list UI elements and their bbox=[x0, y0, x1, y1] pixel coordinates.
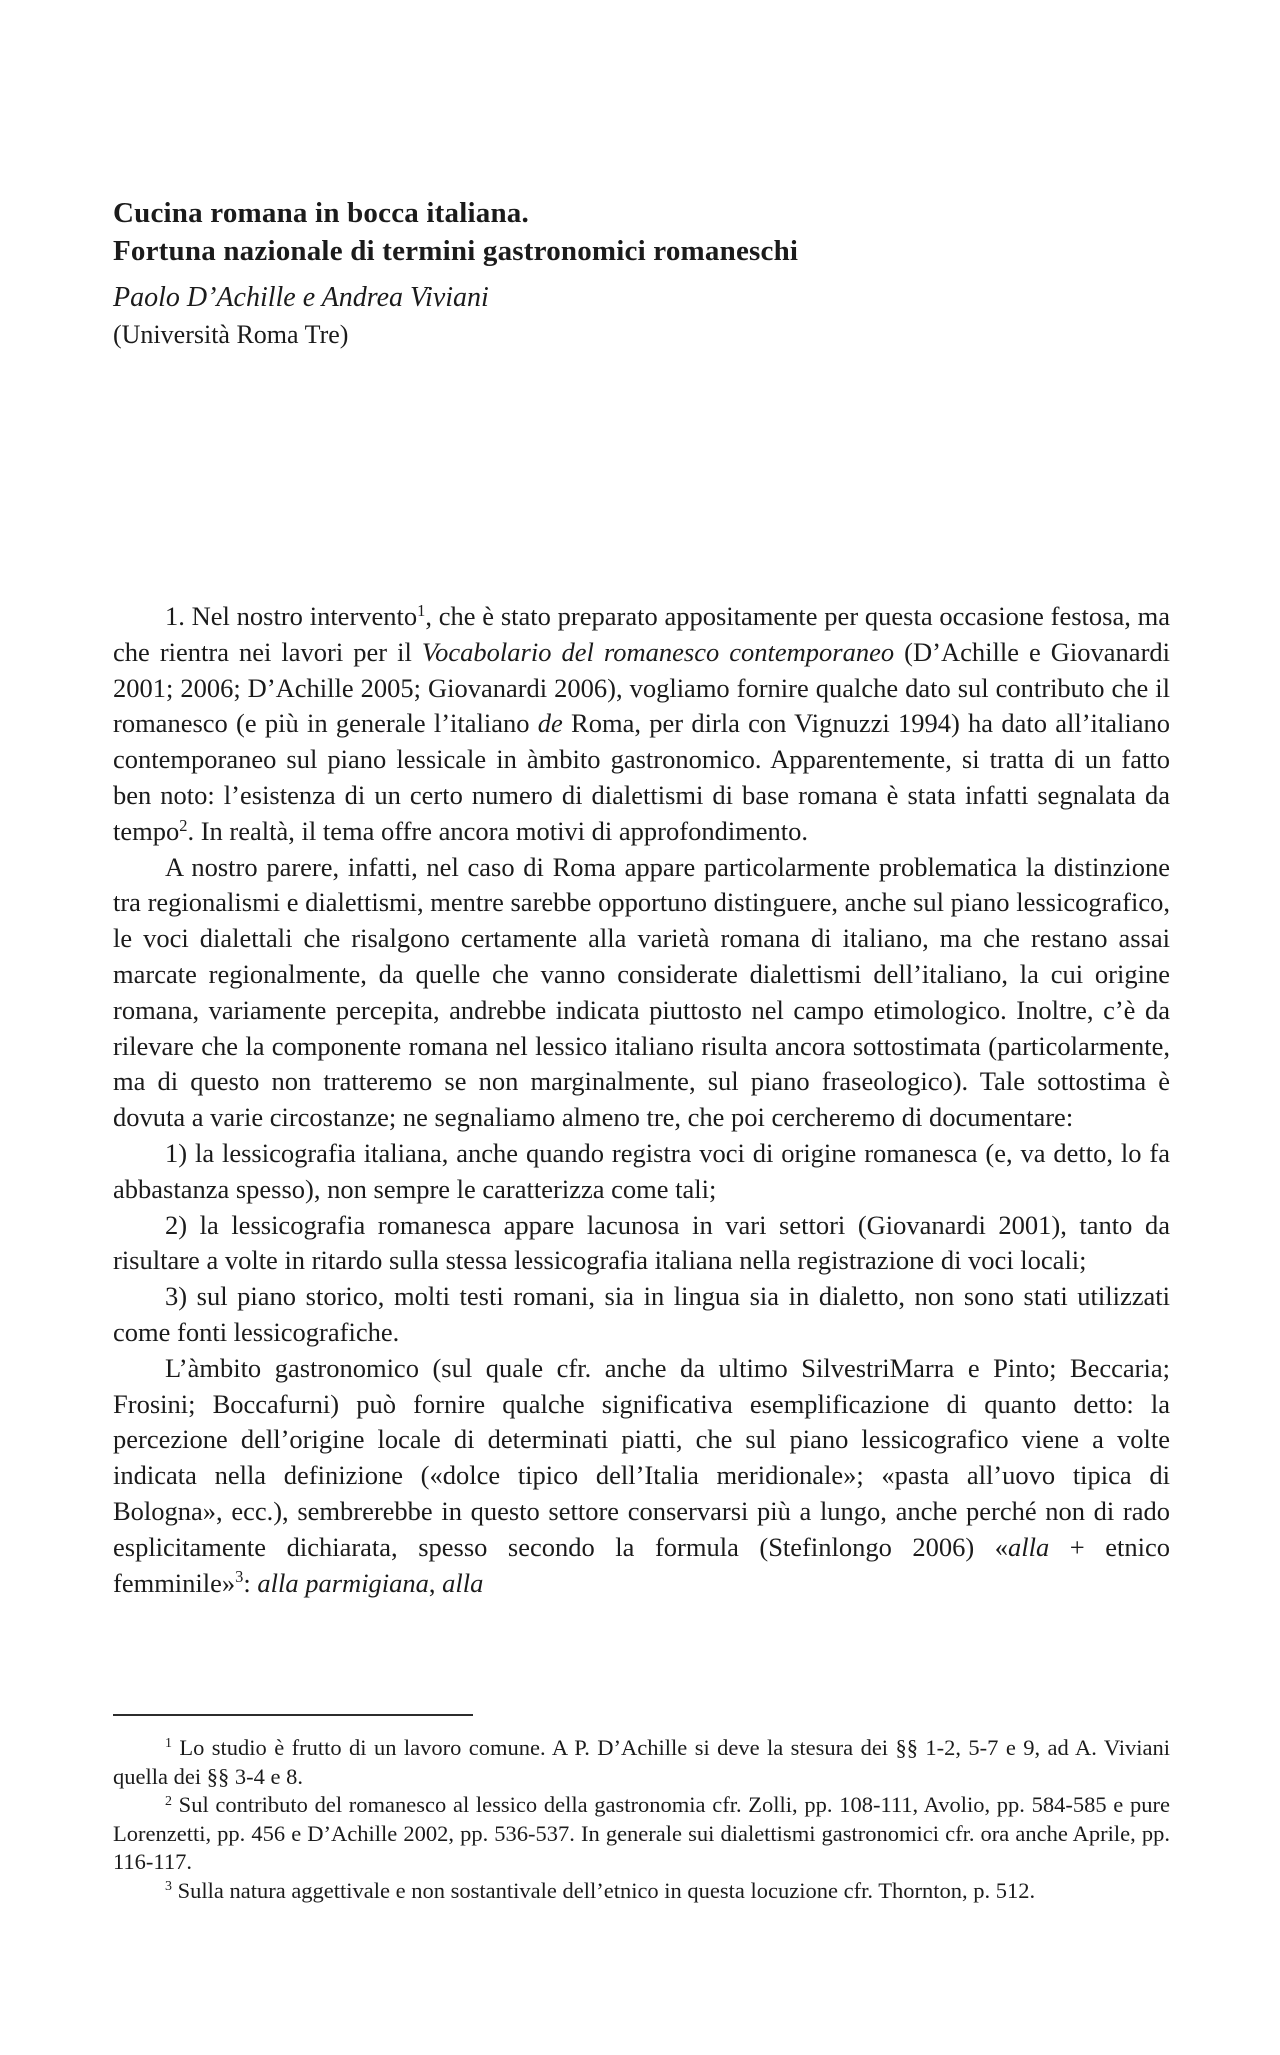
footnote-separator-rule bbox=[113, 1714, 473, 1716]
paragraph-5-list-item-3: 3) sul piano storico, molti testi romani… bbox=[113, 1279, 1170, 1351]
footnotes-block: 1 Lo studio è frutto di un lavoro comune… bbox=[113, 1734, 1170, 1906]
text-run: A nostro parere, infatti, nel caso di Ro… bbox=[113, 852, 1170, 1133]
dialect-word-italic: de bbox=[538, 708, 563, 738]
footnote-number-1: 1 bbox=[165, 1736, 172, 1751]
footnote-number-2: 2 bbox=[165, 1794, 172, 1809]
footnote-text: Lo studio è frutto di un lavoro comune. … bbox=[113, 1735, 1170, 1789]
document-page: Cucina romana in bocca italiana. Fortuna… bbox=[0, 0, 1280, 2055]
text-run: , bbox=[429, 1568, 442, 1598]
work-title-italic: Vocabolario del romanesco contemporaneo bbox=[422, 637, 894, 667]
article-title-line-1: Cucina romana in bocca italiana. bbox=[113, 194, 1173, 232]
text-run: : bbox=[243, 1568, 257, 1598]
paragraph-1: 1. Nel nostro intervento1, che è stato p… bbox=[113, 599, 1170, 850]
article-body: 1. Nel nostro intervento1, che è stato p… bbox=[113, 599, 1170, 1601]
text-run: 1) la lessicografia italiana, anche quan… bbox=[113, 1138, 1170, 1204]
example-italic: alla bbox=[442, 1568, 483, 1598]
affiliation: (Università Roma Tre) bbox=[113, 317, 1173, 353]
footnote-1: 1 Lo studio è frutto di un lavoro comune… bbox=[113, 1734, 1170, 1791]
paragraph-3-list-item-1: 1) la lessicografia italiana, anche quan… bbox=[113, 1136, 1170, 1208]
footnote-text: Sulla natura aggettivale e non sostantiv… bbox=[172, 1878, 1035, 1903]
text-run: L’àmbito gastronomico (sul quale cfr. an… bbox=[113, 1353, 1170, 1562]
paragraph-4-list-item-2: 2) la lessicografia romanesca appare lac… bbox=[113, 1208, 1170, 1280]
title-block: Cucina romana in bocca italiana. Fortuna… bbox=[113, 194, 1173, 353]
footnote-number-3: 3 bbox=[165, 1879, 172, 1894]
text-run: 3) sul piano storico, molti testi romani… bbox=[113, 1281, 1170, 1347]
footnote-text: Sul contributo del romanesco al lessico … bbox=[113, 1792, 1170, 1874]
article-title-line-2: Fortuna nazionale di termini gastronomic… bbox=[113, 232, 1173, 270]
footnote-ref-2: 2 bbox=[179, 816, 187, 835]
footnote-3: 3 Sulla natura aggettivale e non sostant… bbox=[113, 1877, 1170, 1906]
text-run: . In realtà, il tema offre ancora motivi… bbox=[187, 816, 808, 846]
paragraph-6: L’àmbito gastronomico (sul quale cfr. an… bbox=[113, 1351, 1170, 1602]
text-run: 1. Nel nostro intervento bbox=[165, 601, 417, 631]
authors: Paolo D’Achille e Andrea Viviani bbox=[113, 279, 1173, 317]
footnote-ref-3: 3 bbox=[235, 1567, 243, 1586]
formula-word-italic: alla bbox=[1008, 1532, 1049, 1562]
footnote-2: 2 Sul contributo del romanesco al lessic… bbox=[113, 1791, 1170, 1877]
example-italic: alla parmigiana bbox=[257, 1568, 429, 1598]
text-run: 2) la lessicografia romanesca appare lac… bbox=[113, 1210, 1170, 1276]
footnote-ref-1: 1 bbox=[417, 601, 425, 620]
paragraph-2: A nostro parere, infatti, nel caso di Ro… bbox=[113, 850, 1170, 1136]
